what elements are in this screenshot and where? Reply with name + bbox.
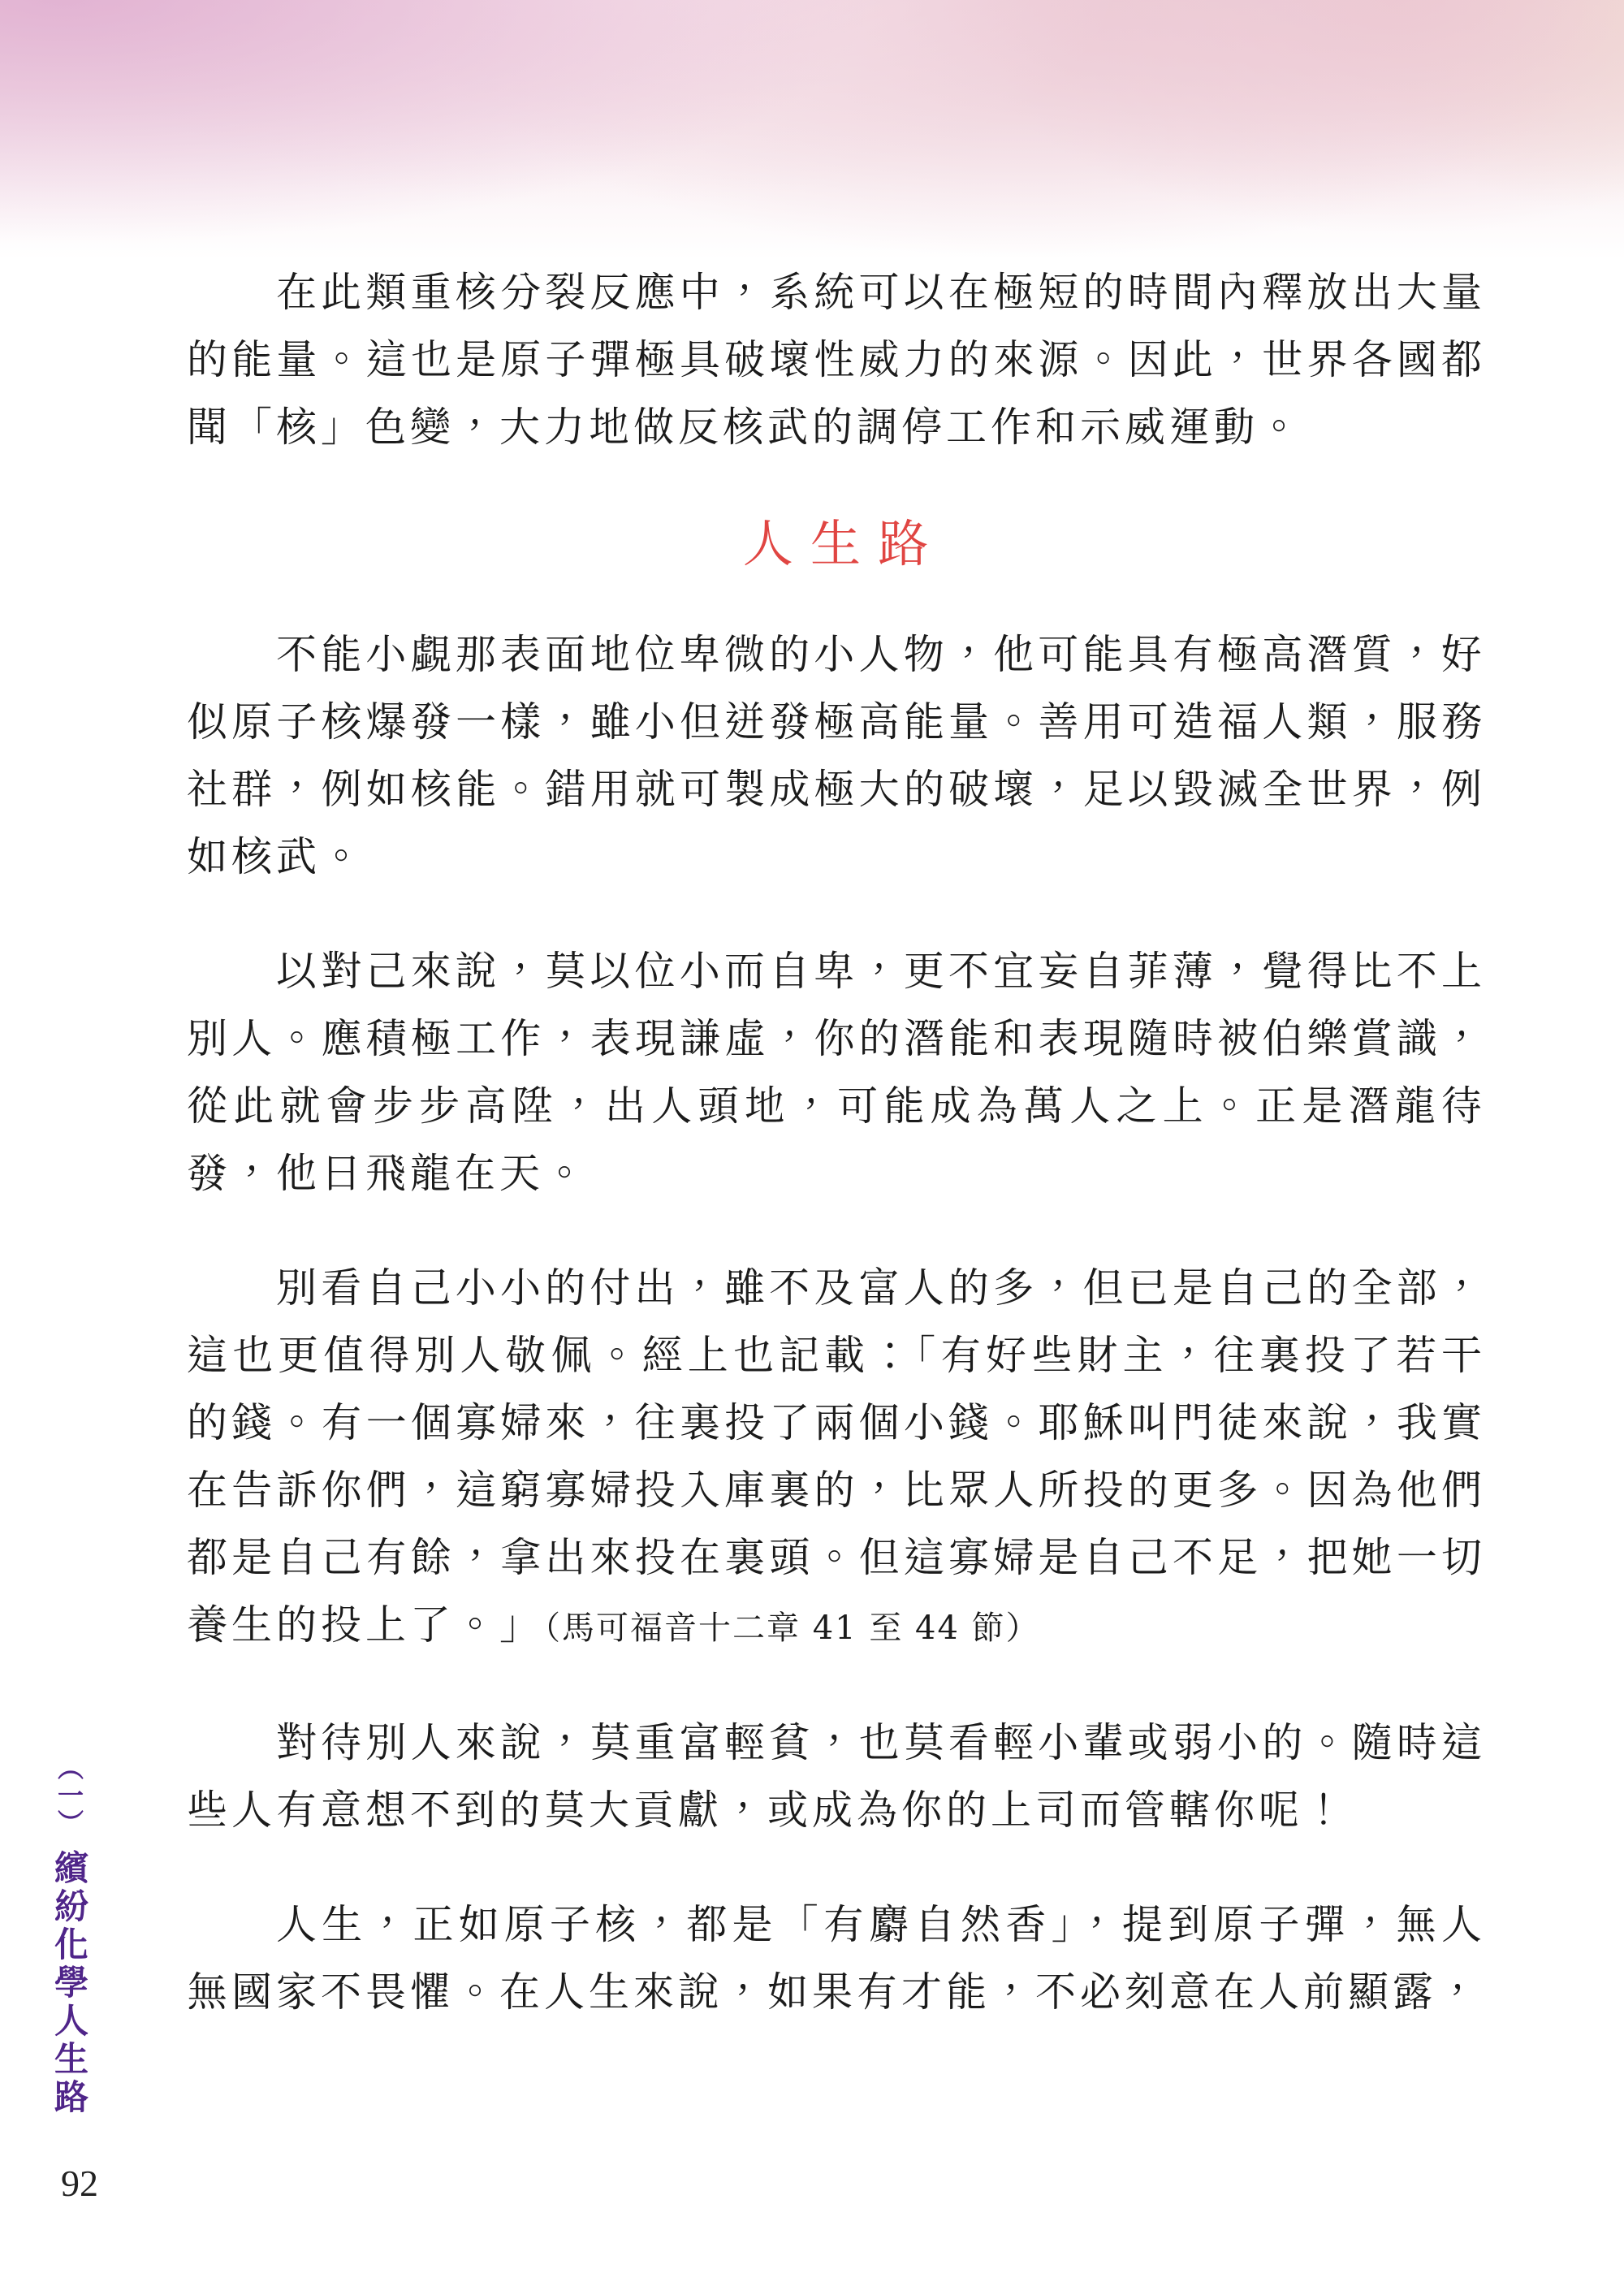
chapter-part-label: （一） <box>54 1754 84 1837</box>
scripture-quote: 「有好些財主，往裏投了若干的錢。有一個寡婦來，往裏投了兩個小錢。耶穌叫門徒來說，… <box>187 1332 1486 1649</box>
paragraph: 在此類重核分裂反應中，系統可以在極短的時間內釋放出大量的能量。這也是原子彈極具破… <box>187 259 1486 461</box>
paragraph: 人生，正如原子核，都是「有麝自然香」，提到原子彈，無人無國家不畏懼。在人生來說，… <box>187 1891 1486 2026</box>
book-page: 在此類重核分裂反應中，系統可以在極短的時間內釋放出大量的能量。這也是原子彈極具破… <box>0 0 1624 2273</box>
page-number: 92 <box>61 2162 98 2205</box>
paragraph: 不能小覷那表面地位卑微的小人物，他可能具有極高潛質，好似原子核爆發一樣，雖小但迸… <box>187 621 1486 891</box>
chapter-sidebar: （一）繽紛化學人生路 <box>52 1754 86 2117</box>
chapter-title: 繽紛化學人生路 <box>50 1850 89 2117</box>
paragraph-with-quote: 別看自己小小的付出，雖不及富人的多，但已是自己的全部，這也更值得別人敬佩。經上也… <box>187 1255 1486 1662</box>
decorative-header-gradient <box>0 0 1624 260</box>
paragraph: 對待別人來說，莫重富輕貧，也莫看輕小輩或弱小的。隨時這些人有意想不到的莫大貢獻，… <box>187 1709 1486 1844</box>
scripture-citation: （馬可福音十二章 41 至 44 節） <box>544 1610 1040 1647</box>
paragraph: 以對己來說，莫以位小而自卑，更不宜妄自菲薄，覺得比不上別人。應積極工作，表現謙虛… <box>187 938 1486 1208</box>
section-heading: 人 生 路 <box>187 508 1486 581</box>
page-content: 在此類重核分裂反應中，系統可以在極短的時間內釋放出大量的能量。這也是原子彈極具破… <box>187 259 1486 2073</box>
